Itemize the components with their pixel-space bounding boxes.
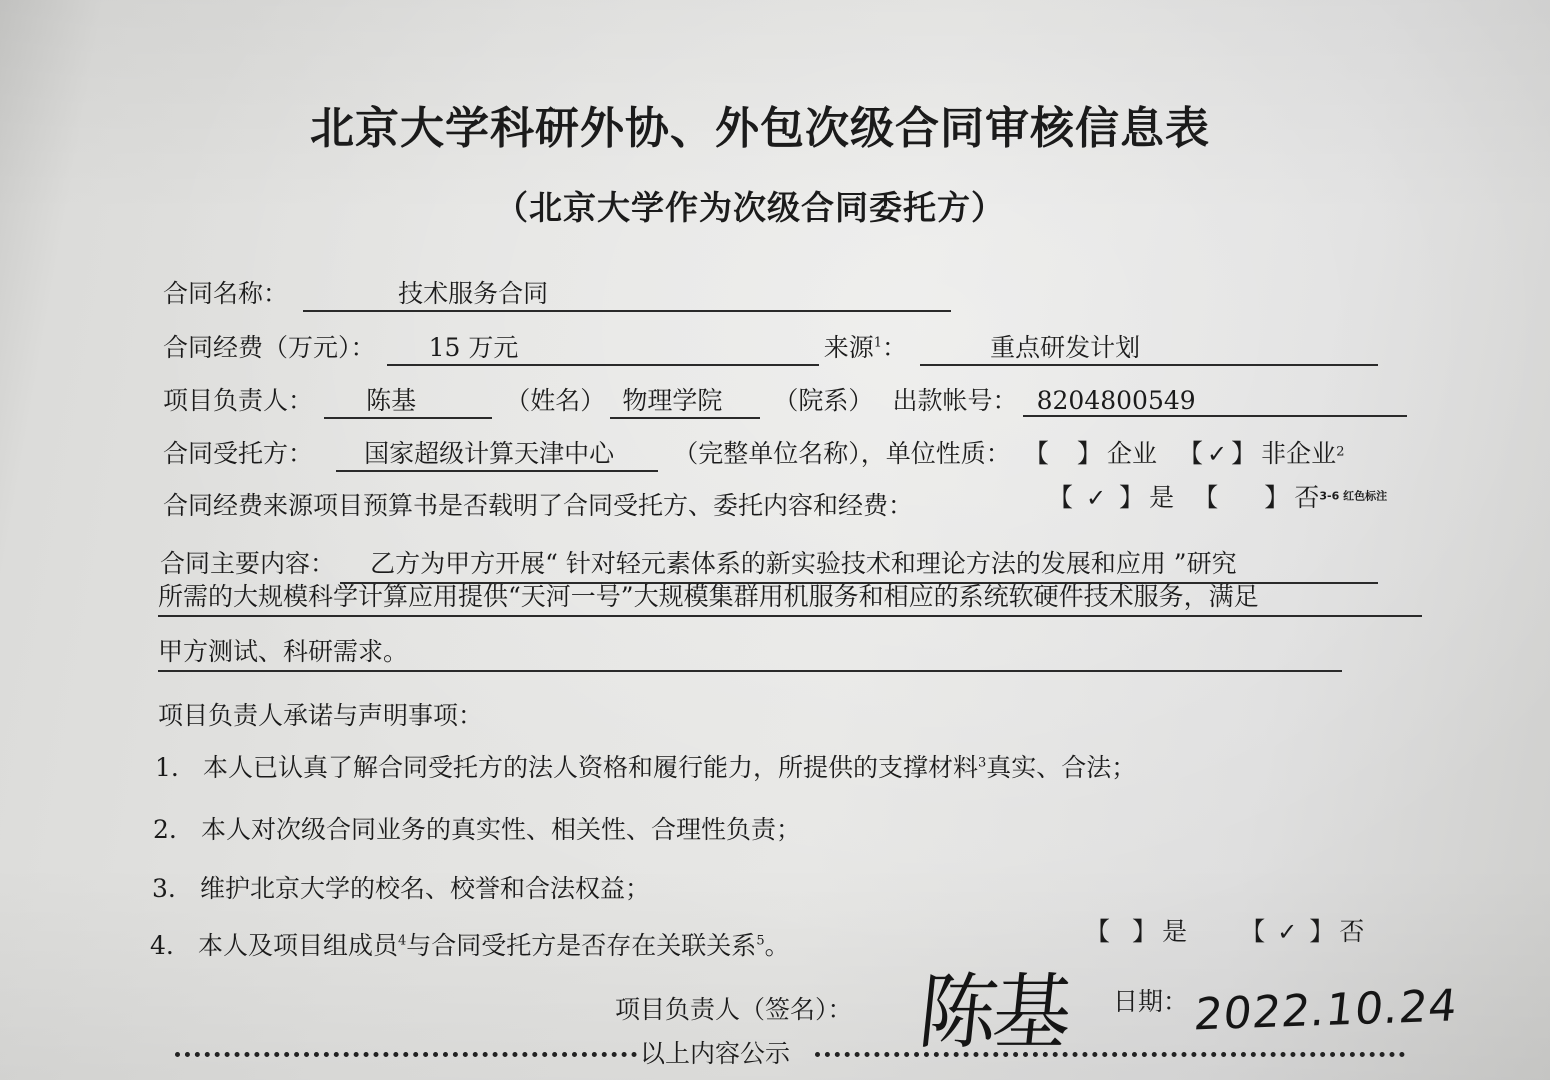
main-content-label: 合同主要内容： <box>160 549 335 578</box>
contractor-hint: （完整单位名称），单位性质： <box>673 439 1011 468</box>
project-leader-row: 项目负责人： 陈基 （姓名） 物理学院 （院系） 出款帐号： 820480054… <box>163 381 1407 419</box>
dotted-divider-right <box>815 1052 1405 1057</box>
public-notice-label: 以上内容公示 <box>640 1034 790 1070</box>
checkmark-icon: ✓ <box>1265 918 1309 946</box>
declaration-item-3: 3.维护北京大学的校名、校誉和合法权益； <box>152 869 650 905</box>
budget-question-options: 【✓】 是 【】 否3-6 红色标注 <box>1048 478 1387 514</box>
handwritten-signature[interactable]: 陈基 <box>914 947 1074 1065</box>
contract-fee-row: 合同经费（万元）： 15 万元 来源1： 重点研发计划 <box>163 328 1378 366</box>
contract-fee-field[interactable]: 15 万元 <box>387 328 819 366</box>
budget-question-row: 合同经费来源项目预算书是否载明了合同受托方、委托内容和经费： <box>163 486 913 522</box>
checkmark-icon: ✓ <box>1073 484 1119 512</box>
source-field[interactable]: 重点研发计划 <box>920 328 1378 366</box>
document-subtitle: （北京大学作为次级合同委托方） <box>495 182 1005 229</box>
relation-no-checkbox[interactable]: 【✓】 <box>1240 917 1334 946</box>
unit-type-non-enterprise-checkbox[interactable]: 【✓】 <box>1178 439 1256 468</box>
signature-label: 项目负责人（签名）： <box>615 990 853 1026</box>
declaration-item-4: 4.本人及项目组成员4与合同受托方是否存在关联关系5。 <box>150 926 790 962</box>
declaration-item-2: 2.本人对次级合同业务的真实性、相关性、合理性负责； <box>153 810 801 846</box>
name-hint: （姓名） <box>505 386 605 415</box>
relation-no-label: 否 <box>1339 917 1364 946</box>
relation-yes-checkbox[interactable]: 【】 <box>1085 917 1157 946</box>
contract-name-label: 合同名称： <box>163 279 288 308</box>
budget-yes-checkbox[interactable]: 【✓】 <box>1048 483 1144 512</box>
handwritten-date[interactable]: 2022.10.24 <box>1192 980 1460 1040</box>
account-field[interactable]: 8204800549 <box>1023 386 1407 417</box>
footnote-2: 2 <box>1336 445 1344 460</box>
contract-name-row: 合同名称： 技术服务合同 <box>163 274 951 312</box>
unit-type-non-enterprise-label: 非企业 <box>1261 439 1336 468</box>
contract-fee-label: 合同经费（万元）： <box>163 333 376 362</box>
main-content-line-2[interactable]: 所需的大规模科学计算应用提供“天河一号”大规模集群用机服务和相应的系统软硬件技术… <box>158 577 1422 617</box>
main-content-line-3[interactable]: 甲方测试、科研需求。 <box>158 632 1342 672</box>
budget-no-label: 否 <box>1294 483 1319 512</box>
project-leader-field[interactable]: 陈基 <box>324 381 492 419</box>
contractor-label: 合同受托方： <box>163 439 313 468</box>
footnote-red-mark: 3-6 红色标注 <box>1319 490 1387 503</box>
document-title: 北京大学科研外协、外包次级合同审核信息表 <box>310 92 1210 156</box>
budget-no-checkbox[interactable]: 【】 <box>1193 483 1289 512</box>
budget-yes-label: 是 <box>1149 483 1174 512</box>
account-label: 出款帐号： <box>893 386 1018 415</box>
unit-type-enterprise-label: 企业 <box>1107 439 1157 468</box>
project-leader-label: 项目负责人： <box>163 386 313 415</box>
checkmark-icon: ✓ <box>1203 440 1231 468</box>
relation-yes-label: 是 <box>1162 917 1187 946</box>
source-label: 来源1： <box>824 333 907 362</box>
department-field[interactable]: 物理学院 <box>610 381 760 419</box>
dotted-divider-left <box>175 1052 637 1057</box>
contract-name-field[interactable]: 技术服务合同 <box>303 274 951 312</box>
budget-question-label: 合同经费来源项目预算书是否载明了合同受托方、委托内容和经费： <box>163 491 913 520</box>
contractor-field[interactable]: 国家超级计算天津中心 <box>336 434 658 472</box>
unit-type-enterprise-checkbox[interactable]: 【】 <box>1024 439 1102 468</box>
declaration-heading: 项目负责人承诺与声明事项： <box>158 696 483 732</box>
relation-options: 【】 是 【✓】 否 <box>1085 912 1364 948</box>
contractor-row: 合同受托方： 国家超级计算天津中心 （完整单位名称），单位性质： 【】 企业 【… <box>163 434 1344 472</box>
declaration-item-1: 1.本人已认真了解合同受托方的法人资格和履行能力，所提供的支撑材料3真实、合法； <box>155 748 1136 784</box>
date-label: 日期： <box>1113 982 1188 1018</box>
department-hint: （院系） <box>773 386 873 415</box>
